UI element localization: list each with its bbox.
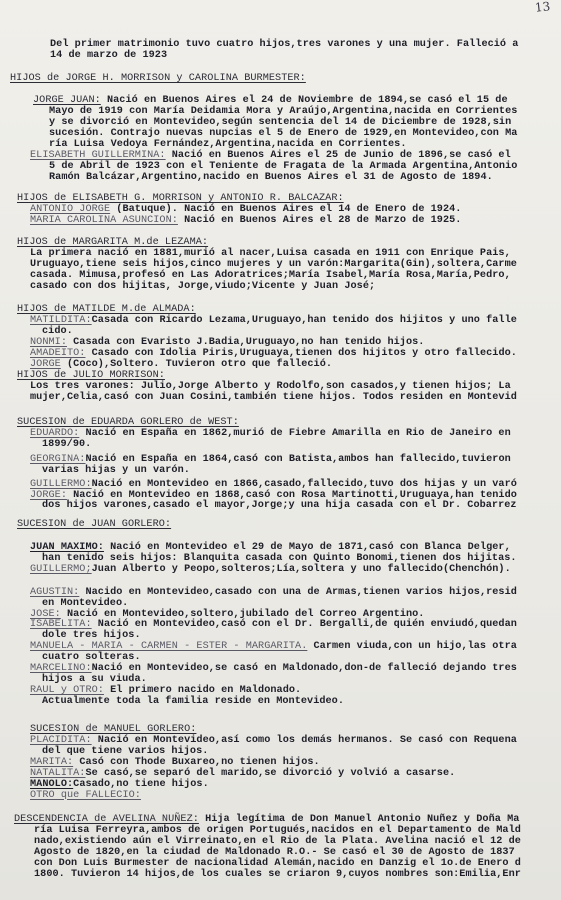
intro-line: 14 de marzo de 1923 [50, 51, 518, 62]
entry-text: Nació en Montevideo,casó con el Dr. Berg… [92, 619, 517, 630]
entry-text: Nació en Montevideo,así como los demás h… [92, 735, 517, 746]
entry-text: Nació en Buenos Aires el 25 de Junio de … [166, 150, 511, 161]
entry-name: MANUELA - MARIA - CARMEN - ESTER - MARGA… [30, 641, 307, 652]
paragraph-julio-children: Los tres varones: Julio,Jorge Alberto y … [30, 382, 517, 404]
entry-name: JORGE JUAN: [33, 95, 101, 106]
intro-paragraph: Del primer matrimonio tuvo cuatro hijos,… [50, 40, 518, 62]
entry-text: (Coco),Soltero. Tuvieron otro que fallec… [61, 359, 332, 370]
entry-text: Casó con Thode Buxareo,no tienen hijos. [73, 757, 320, 768]
entry-text: Nacido en Montevideo,casado con una de A… [79, 587, 517, 598]
entry-name: ELISABETH GUILLERMINA: [30, 150, 166, 161]
entry-text: Casada con Evaristo J.Badia,Uruguayo,no … [67, 337, 424, 348]
entry-name: OTRO que FALLECIO: [30, 790, 141, 801]
entry-name: MARCELINO: [30, 663, 92, 674]
entry-text: 1899/90. [30, 440, 517, 451]
paragraph-avelina-nunez: DESCENDENCIA de AVELINA NUÑEZ: Hija legí… [14, 815, 521, 880]
entries-eduarda-children: EDUARDO: Nació en España en 1862,murió d… [30, 429, 517, 512]
entry-name: NONMI: [30, 337, 67, 348]
entries-juan-gorlero-children: JUAN MAXIMO: Nació en Montevideo el 29 d… [30, 543, 517, 708]
entry-name: NATALITA: [30, 768, 85, 779]
entry-text: sucesión. Contrajo nuevas nupcias el 5 d… [33, 129, 517, 140]
paragraph-margarita-children: La primera nació en 1881,murió al nacer,… [30, 249, 517, 293]
section-heading-avelina-nunez: DESCENDENCIA de AVELINA NUÑEZ: [14, 814, 199, 825]
entries-matilde-children: MATILDITA:Casada con Ricardo Lezama,Urug… [30, 316, 517, 371]
entry-text: Casado,no tiene hijos. [73, 779, 209, 790]
entry-text: Nació en España en 1864,casó con Batista… [85, 454, 510, 465]
entry-text: Casado con Idolia Piris,Uruguaya,tienen … [85, 348, 516, 359]
entry-text: ría Luisa Vedoya Fernández,Argentina,nac… [33, 140, 517, 151]
entry-text: Se casó,se separó del marido,se divorció… [85, 768, 455, 779]
entry-name: PLACIDITA: [30, 735, 92, 746]
entry-name: RAUL y OTRO: [30, 685, 104, 696]
entry-name: AMADEITO: [30, 348, 85, 359]
entry-text: Nació en Montevideo,soltero,jubilado del… [61, 609, 425, 620]
entry-text: Nació en Buenos Aires el 28 de Marzo de … [178, 215, 462, 226]
entry-text: varias hijas y un varón. [30, 466, 517, 477]
paragraph-line: mujer,Celia,casó con Juan Cosini,también… [30, 393, 517, 404]
paragraph-line: 1800. Tuvieron 14 hijos,de los cuales se… [14, 870, 521, 881]
entry-name: EDUARDO: [30, 428, 79, 439]
entry-name: JORGE [30, 359, 61, 370]
typewritten-genealogy-page: 13 Del primer matrimonio tuvo cuatro hij… [0, 0, 561, 900]
entry-text: Nació en Montevideo el 29 de Mayo de 187… [104, 542, 511, 553]
entry-text: Casada con Ricardo Lezama,Uruguayo,han t… [92, 315, 517, 326]
entry-name: ISABELITA: [30, 619, 92, 630]
entry-text: dos hijos varones,casado el mayor,Jorge;… [30, 501, 517, 512]
entries-manuel-gorlero-children: PLACIDITA: Nació en Montevideo,así como … [30, 736, 517, 801]
entry-text: Nació en Montevideo en 1866,casado,falle… [92, 479, 517, 490]
entry-name: MARIA CAROLINA ASUNCION: [30, 215, 178, 226]
entry-text: Nació en Buenos Aires el 24 de Noviembre… [101, 95, 508, 106]
entry-text: Actualmente toda la familia reside en Mo… [30, 697, 517, 708]
entry-text: Nació en España en 1862,murió de Fiebre … [79, 428, 510, 439]
entry-elisabeth-guillermina: ELISABETH GUILLERMINA: Nació en Buenos A… [30, 151, 517, 184]
section-heading-juan-gorlero: SUCESION de JUAN GORLERO: [17, 520, 171, 531]
page-number: 13 [534, 1, 550, 13]
entry-name: GUILLERMO; [30, 564, 92, 575]
entry-name: GUILLERMO: [30, 479, 92, 490]
entry-name: MARITA: [30, 757, 73, 768]
entry-text: Carmen viuda,con un hijo,las otra [307, 641, 517, 652]
entry-text: Nació en Montevideo en 1868,casó con Ros… [67, 490, 517, 501]
entry-name: GEORGINA: [30, 454, 85, 465]
entry-name: JUAN MAXIMO: [30, 542, 104, 553]
entry-name: JOSE: [30, 609, 61, 620]
entry-text: Ramón Balcázar,Argentino,nacido en Bueno… [30, 173, 517, 184]
entry-name: AGUSTIN: [30, 587, 79, 598]
paragraph-line: Agosto de 1820,en la ciudad de Maldonado… [14, 848, 521, 859]
entry-text: Juan Alberto y Peopo,solteros;Lía,solter… [92, 564, 511, 575]
entry-text: El primero nacido en Maldonado. [104, 685, 301, 696]
section-heading-morrison-burmester: HIJOS de JORGE H. MORRISON y CAROLINA BU… [10, 74, 306, 85]
entry-name: MATILDITA: [30, 315, 92, 326]
entry-text: (Batuque). Nació en Buenos Aires el 14 d… [110, 204, 461, 215]
paragraph-line: con Don Luis Burmester de nacionalidad A… [14, 859, 521, 870]
entry-name: JORGE: [30, 490, 67, 501]
paragraph-line: casado con dos hijitas, Jorge,viudo;Vice… [30, 282, 517, 293]
paragraph-line: Hija legítima de Don Manuel Antonio Nuñe… [199, 814, 520, 825]
entry-jorge-juan: JORGE JUAN: Nació en Buenos Aires el 24 … [33, 96, 517, 151]
entry-name: MANOLO: [30, 779, 73, 790]
entry-text: Nació en Montevideo,se casó en Maldonado… [92, 663, 517, 674]
entry-name: ANTONIO JORGE [30, 204, 110, 215]
entry-antonio-jorge: ANTONIO JORGE (Batuque). Nació en Buenos… [30, 205, 461, 227]
